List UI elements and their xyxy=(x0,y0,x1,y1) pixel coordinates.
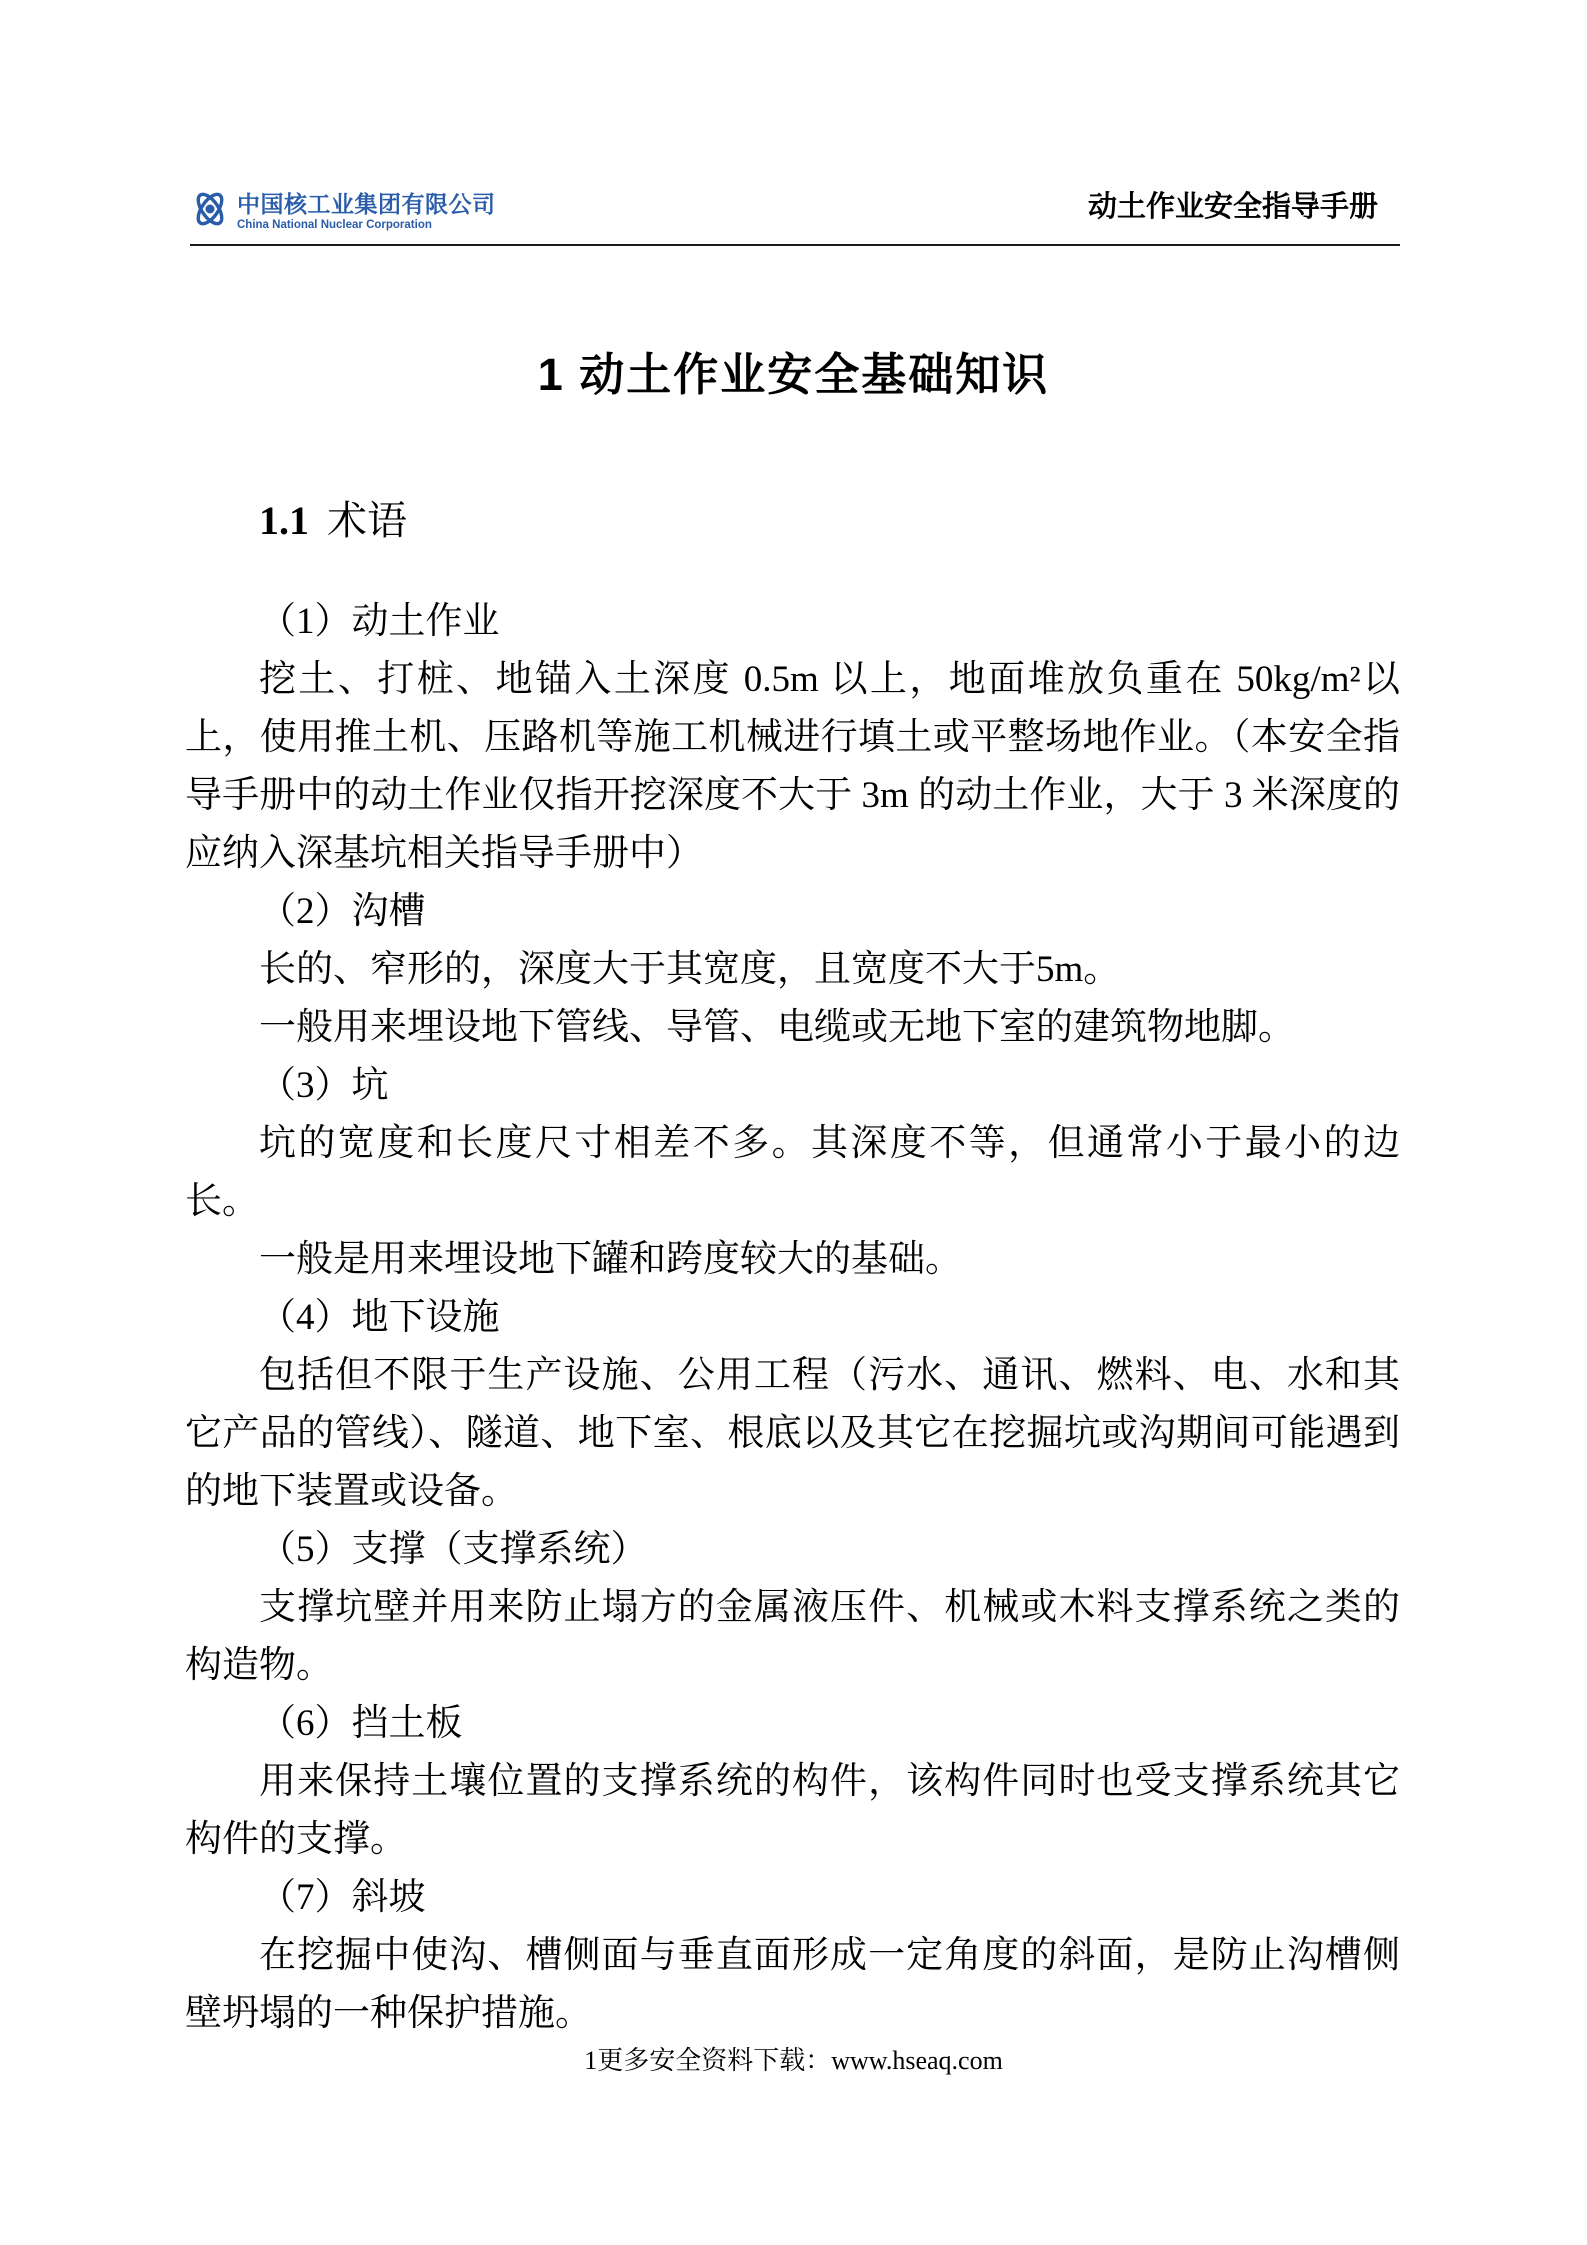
paragraph-def-2a: 长的、窄形的，深度大于其宽度，且宽度不大于5m。 xyxy=(185,941,1400,999)
paragraph-def-6: 用来保持土壤位置的支撑系统的构件，该构件同时也受支撑系统其它构件的支撑。 xyxy=(185,1753,1400,1869)
atom-icon xyxy=(190,184,230,239)
paragraph-def-4: 包括但不限于生产设施、公用工程（污水、通讯、燃料、电、水和其它产品的管线）、隧道… xyxy=(185,1347,1400,1521)
section-label: 术语 xyxy=(327,498,407,543)
document-page: 中国核工业集团有限公司 China National Nuclear Corpo… xyxy=(0,0,1587,2245)
section-number: 1.1 xyxy=(259,498,309,543)
logo-company-name-en: China National Nuclear Corporation xyxy=(237,219,496,231)
logo-company-name-cn: 中国核工业集团有限公司 xyxy=(237,192,496,216)
paragraph-term-1: （1）动土作业 xyxy=(185,593,1400,651)
chapter-title: 1 动土作业安全基础知识 xyxy=(0,338,1587,403)
section-heading: 1.1术语 xyxy=(259,489,407,546)
paragraph-def-7: 在挖掘中使沟、槽侧面与垂直面形成一定角度的斜面，是防止沟槽侧壁坍塌的一种保护措施… xyxy=(185,1927,1400,2043)
logo-text: 中国核工业集团有限公司 China National Nuclear Corpo… xyxy=(237,192,496,230)
paragraph-def-5: 支撑坑壁并用来防止塌方的金属液压件、机械或木料支撑系统之类的构造物。 xyxy=(185,1579,1400,1695)
paragraph-def-3a: 坑的宽度和长度尺寸相差不多。其深度不等，但通常小于最小的边长。 xyxy=(185,1115,1400,1231)
paragraph-term-4: （4）地下设施 xyxy=(185,1289,1400,1347)
paragraph-def-1: 挖土、打桩、地锚入土深度 0.5m 以上，地面堆放负重在 50kg/m²以上，使… xyxy=(185,651,1400,883)
header-divider-line xyxy=(190,244,1400,246)
header-doc-title: 动土作业安全指导手册 xyxy=(1088,184,1378,225)
page-footer: 1更多安全资料下载：www.hseaq.com xyxy=(0,2040,1587,2077)
page-header: 中国核工业集团有限公司 China National Nuclear Corpo… xyxy=(190,184,1400,239)
paragraph-term-2: （2）沟槽 xyxy=(185,883,1400,941)
paragraph-term-7: （7）斜坡 xyxy=(185,1869,1400,1927)
paragraph-def-2b: 一般用来埋设地下管线、导管、电缆或无地下室的建筑物地脚。 xyxy=(185,999,1400,1057)
body-text: （1）动土作业 挖土、打桩、地锚入土深度 0.5m 以上，地面堆放负重在 50k… xyxy=(185,593,1400,2043)
paragraph-term-6: （6）挡土板 xyxy=(185,1695,1400,1753)
paragraph-def-3b: 一般是用来埋设地下罐和跨度较大的基础。 xyxy=(185,1231,1400,1289)
paragraph-term-3: （3）坑 xyxy=(185,1057,1400,1115)
company-logo: 中国核工业集团有限公司 China National Nuclear Corpo… xyxy=(190,184,496,239)
paragraph-term-5: （5）支撑（支撑系统） xyxy=(185,1521,1400,1579)
